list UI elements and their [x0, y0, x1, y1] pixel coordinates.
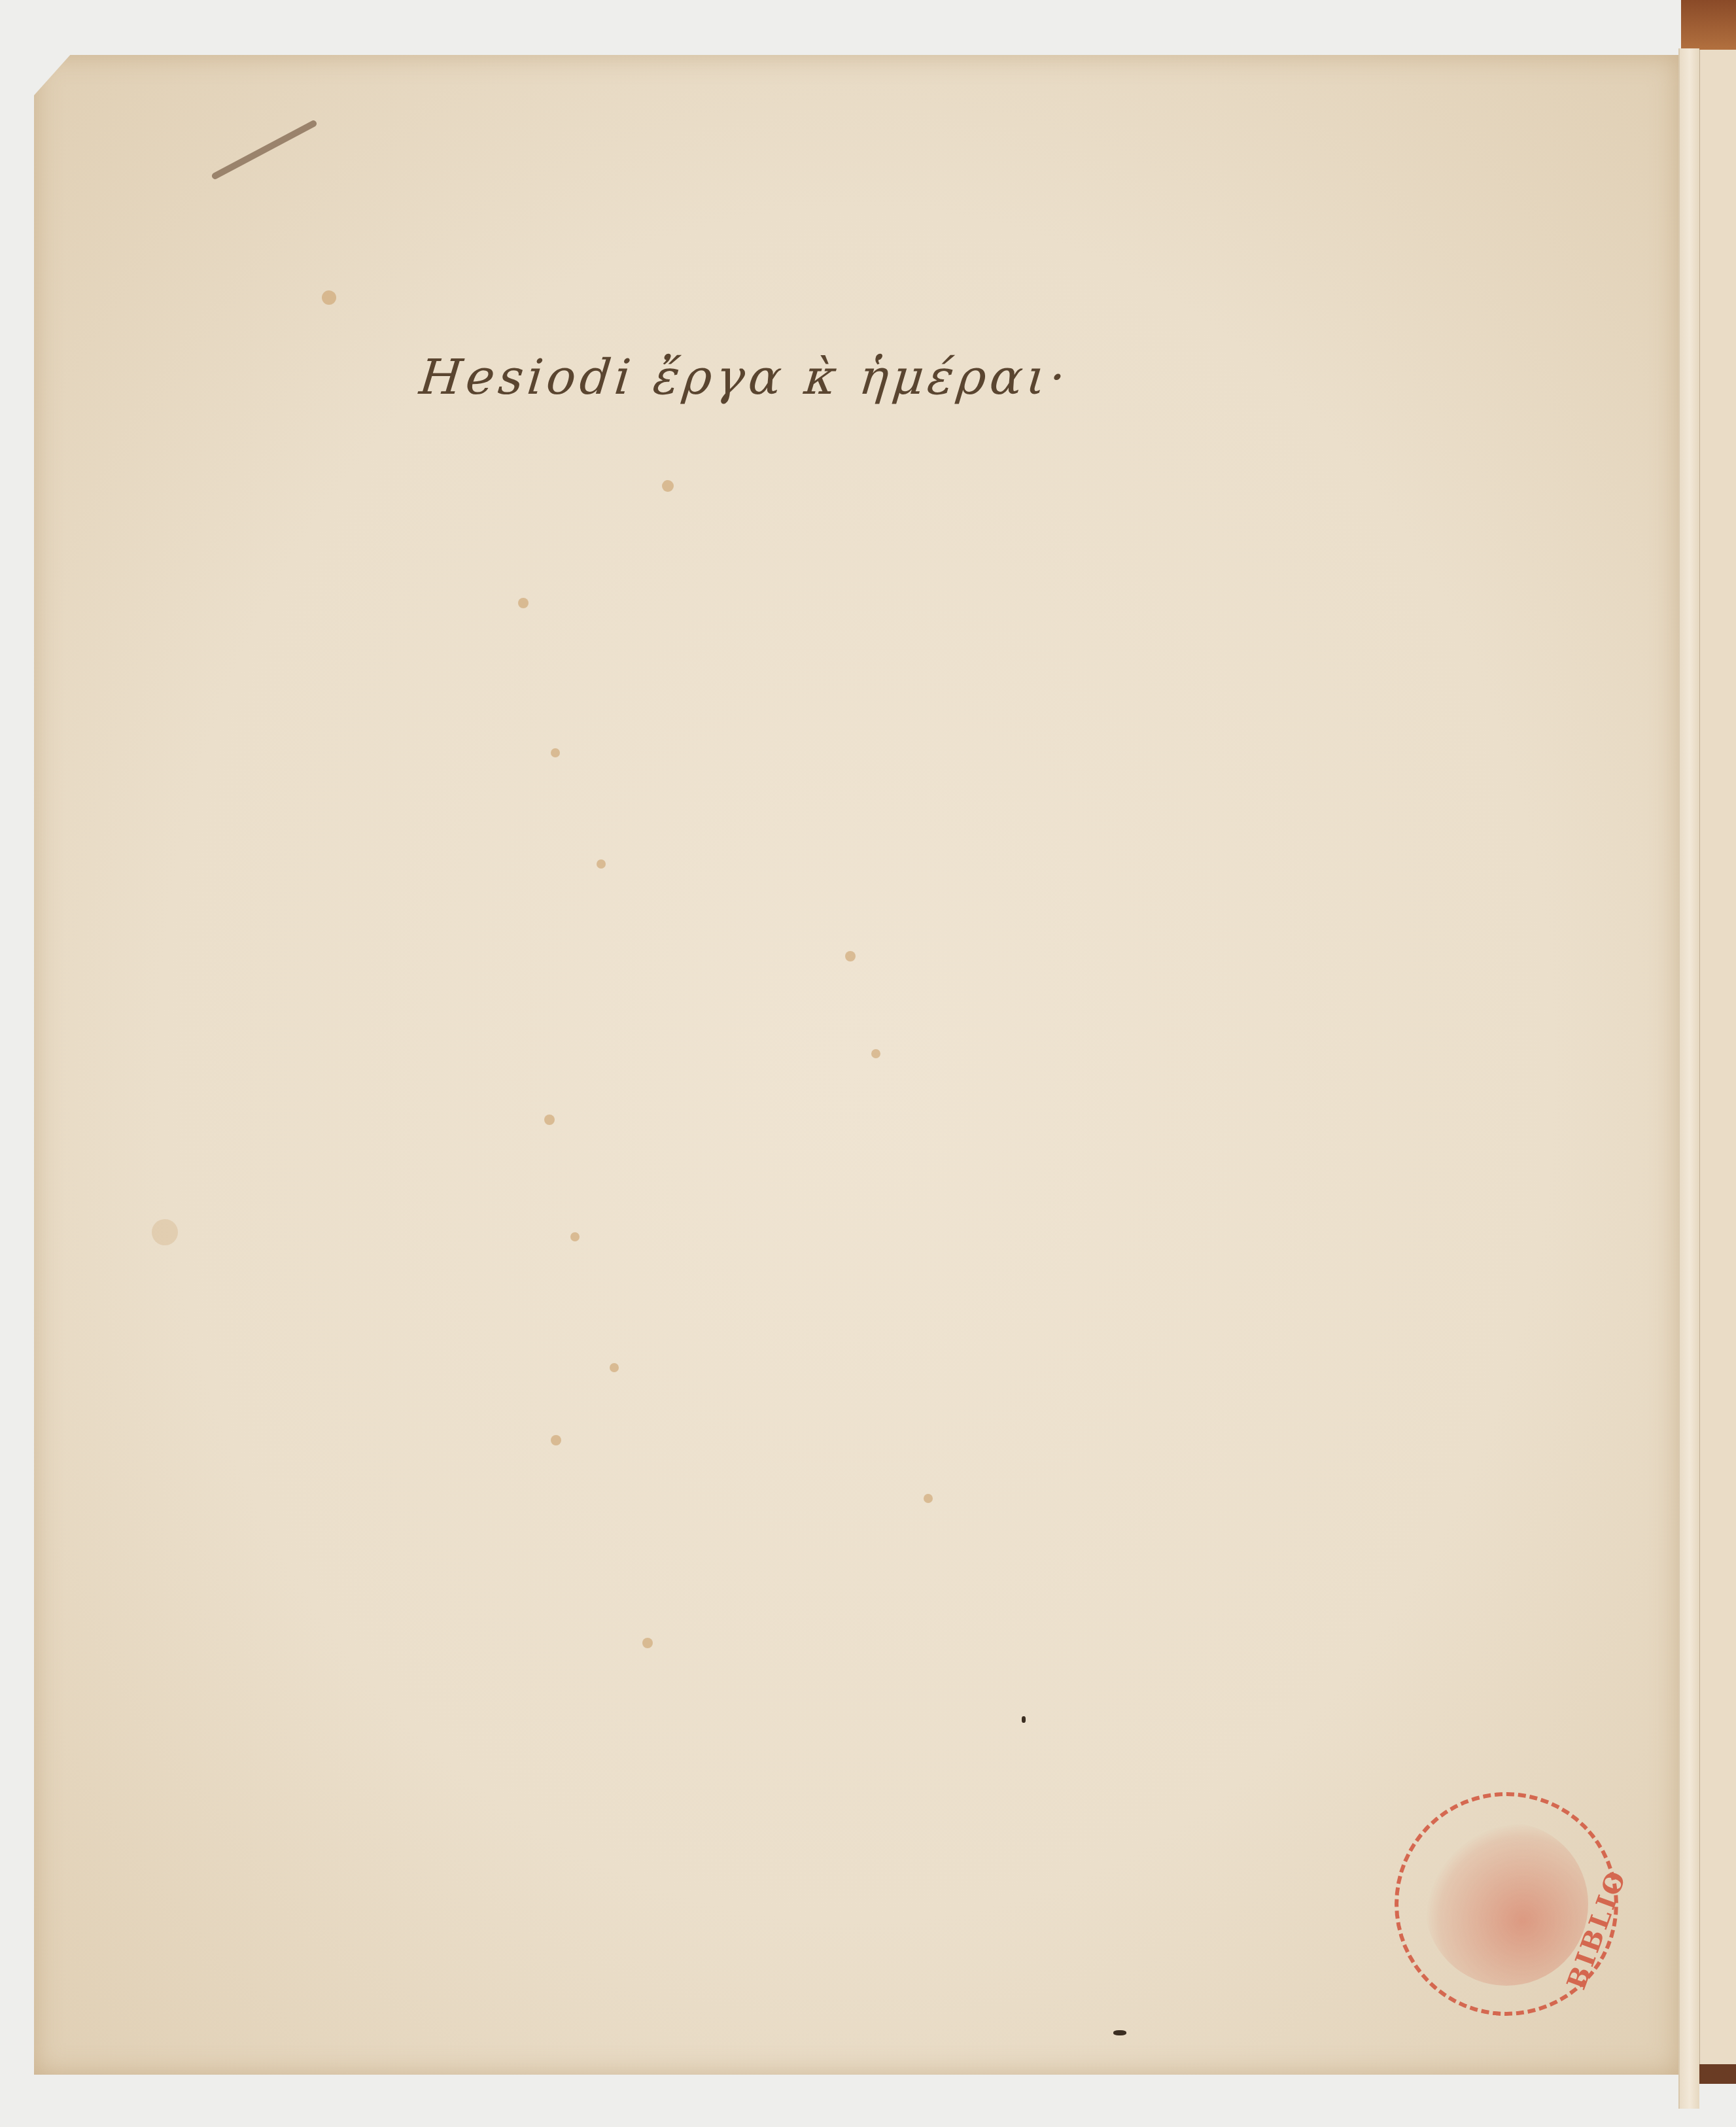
foxing-spot — [924, 1494, 933, 1503]
ink-speck — [1022, 1716, 1026, 1723]
handwritten-title: Hesiodi ἔργα κ̀ ἡμέραι· — [417, 349, 1071, 406]
foxing-spot — [871, 1049, 880, 1058]
foxing-spot — [845, 951, 856, 961]
foxing-spot — [610, 1363, 619, 1372]
page-gutter — [1678, 48, 1699, 2109]
foxing-spot — [322, 290, 336, 305]
book-binding-bottom — [1699, 2064, 1736, 2084]
foxing-spot — [551, 748, 560, 757]
manuscript-page: Hesiodi ἔργα κ̀ ἡμέραι· BIBLIO — [34, 55, 1678, 2075]
stamp-emblem — [1425, 1822, 1588, 1986]
foxing-spot — [642, 1638, 653, 1648]
foxing-spot — [597, 859, 606, 869]
foxing-spot — [152, 1219, 178, 1245]
adjacent-leaf — [1698, 50, 1736, 2064]
foxing-spot — [570, 1232, 580, 1241]
book-binding-top — [1681, 0, 1736, 50]
ink-speck — [1113, 2030, 1126, 2035]
ink-stain — [211, 119, 318, 180]
library-stamp: BIBLIO — [1395, 1792, 1618, 2016]
foxing-spot — [544, 1115, 555, 1125]
foxing-spot — [551, 1435, 561, 1445]
foxing-spot — [518, 598, 529, 608]
foxing-spot — [662, 480, 674, 492]
